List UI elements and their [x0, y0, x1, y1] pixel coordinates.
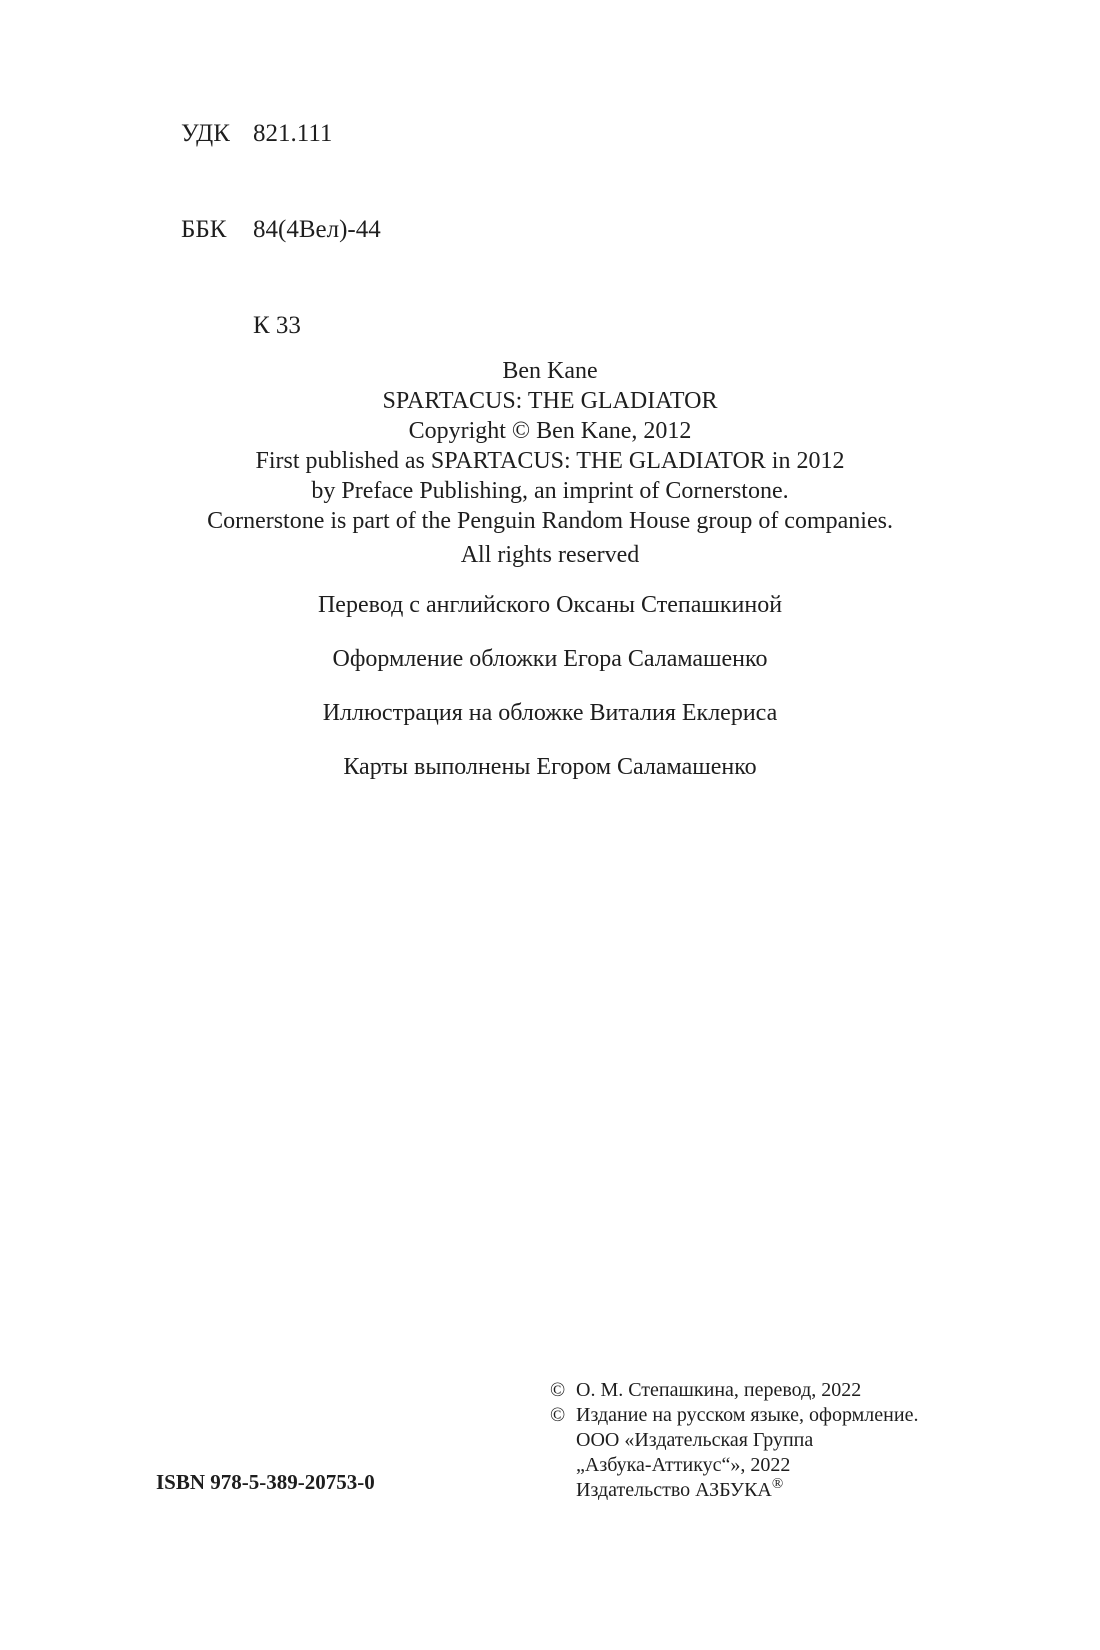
copyright-icon: © — [550, 1378, 576, 1403]
publisher-imprint: Издательство АЗБУКА® — [550, 1478, 918, 1503]
udk-label: УДК — [181, 118, 253, 150]
credit-translation: Перевод с английского Оксаны Степашкиной — [0, 590, 1100, 644]
edition-copyright: ©Издание на русском языке, оформление. — [550, 1403, 918, 1428]
original-publisher: by Preface Publishing, an imprint of Cor… — [0, 476, 1100, 506]
classification-block: УДК821.111 ББК84(4Вел)-44 К 33 — [156, 86, 381, 374]
credits-block: Перевод с английского Оксаны Степашкиной… — [0, 590, 1100, 806]
udk-value: 821.111 — [253, 120, 332, 147]
translation-copyright: ©О. М. Степашкина, перевод, 2022 — [550, 1378, 918, 1403]
original-author: Ben Kane — [0, 356, 1100, 386]
publisher-imprint-text: Издательство АЗБУКА — [576, 1479, 772, 1501]
copyright-icon: © — [550, 1403, 576, 1428]
credit-cover-illustration: Иллюстрация на обложке Виталия Еклериса — [0, 698, 1100, 752]
udk-row: УДК821.111 — [156, 86, 381, 182]
isbn: ISBN 978-5-389-20753-0 — [156, 1470, 375, 1495]
russian-copyright-block: ©О. М. Степашкина, перевод, 2022 ©Издани… — [550, 1378, 918, 1503]
original-copyright: Copyright © Ben Kane, 2012 — [0, 416, 1100, 446]
edition-copyright-line2: ООО «Издательская Группа — [550, 1428, 918, 1453]
bbk-value: 84(4Вел)-44 — [253, 216, 381, 243]
bbk-row: ББК84(4Вел)-44 — [156, 182, 381, 278]
edition-copyright-line1: Издание на русском языке, оформление. — [576, 1404, 918, 1426]
registered-trademark-icon: ® — [772, 1476, 783, 1492]
rights-reserved: All rights reserved — [0, 540, 1100, 570]
original-title: SPARTACUS: THE GLADIATOR — [0, 386, 1100, 416]
publisher-group: Cornerstone is part of the Penguin Rando… — [0, 506, 1100, 536]
credit-cover-design: Оформление обложки Егора Саламашенко — [0, 644, 1100, 698]
credit-maps: Карты выполнены Егором Саламашенко — [0, 752, 1100, 806]
translation-copyright-text: О. М. Степашкина, перевод, 2022 — [576, 1379, 861, 1401]
first-published: First published as SPARTACUS: THE GLADIA… — [0, 446, 1100, 476]
edition-copyright-line3: „Азбука-Аттикус“», 2022 — [550, 1453, 918, 1478]
original-edition-block: Ben Kane SPARTACUS: THE GLADIATOR Copyri… — [0, 356, 1100, 570]
bbk-label: ББК — [181, 214, 253, 246]
author-mark: К 33 — [253, 312, 301, 339]
